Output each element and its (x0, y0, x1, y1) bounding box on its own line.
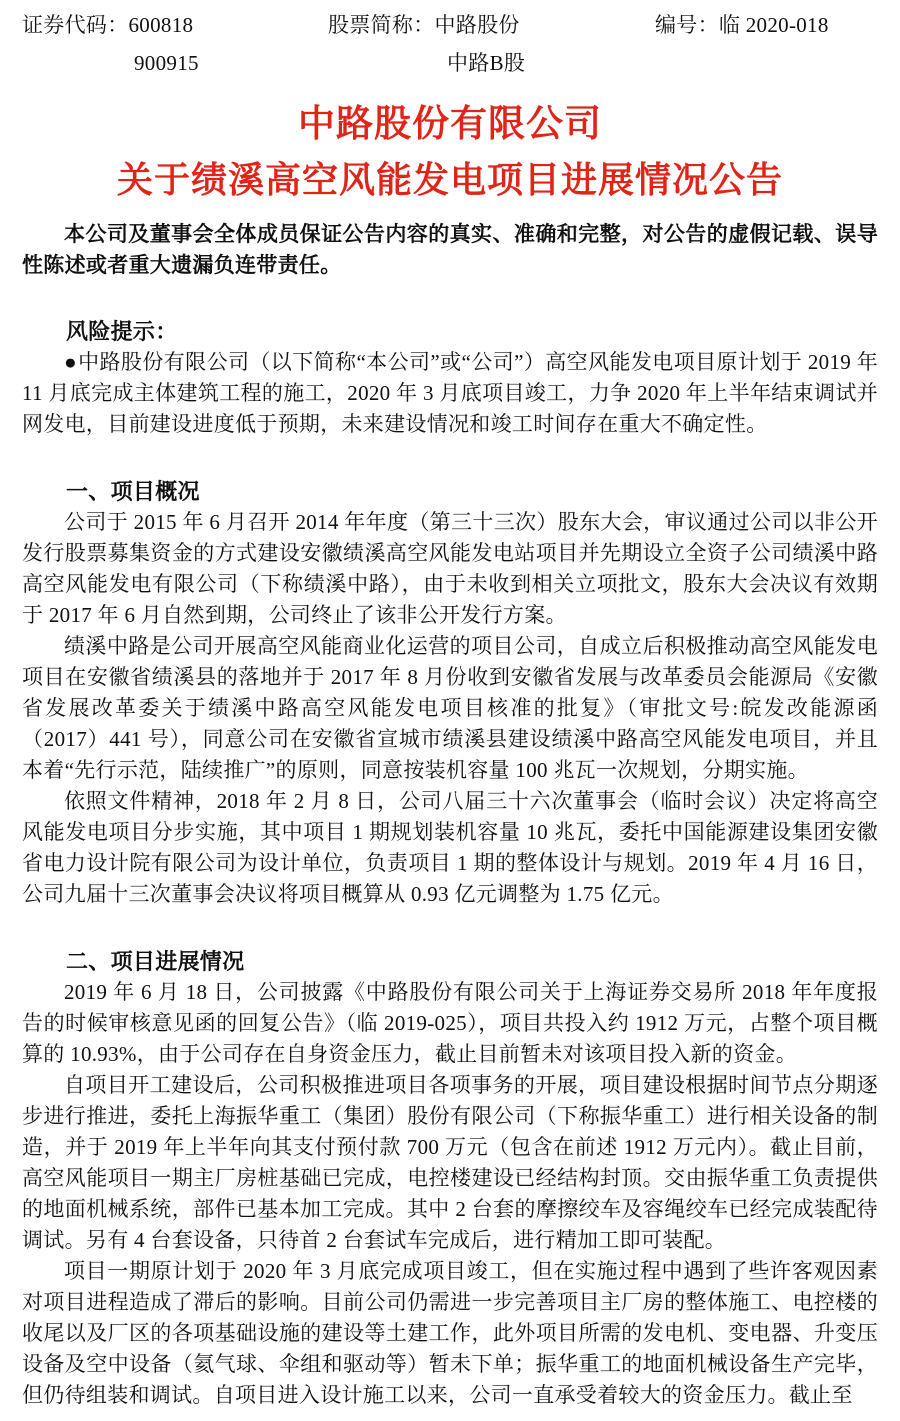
doc-number-label: 编号： (655, 13, 719, 37)
section-1-paragraph-1: 公司于 2015 年 6 月召开 2014 年年度（第三十三次）股东大会，审议通… (22, 507, 878, 631)
stock-code-a-share: 600818 (129, 13, 194, 37)
risk-notice-heading: 风险提示： (22, 316, 878, 347)
section-1-paragraph-3: 依照文件精神，2018 年 2 月 8 日，公司八届三十六次董事会（临时会议）决… (22, 786, 878, 910)
section-1-heading: 一、项目概况 (22, 476, 878, 507)
section-2-heading: 二、项目进展情况 (22, 946, 878, 977)
stock-code-b-share: 900915 (134, 48, 199, 78)
stock-name-a-share: 中路股份 (435, 13, 520, 37)
doc-number-line: 编号：临 2020-018 (655, 10, 829, 40)
document-header: 证券代码：600818 股票简称：中路股份 编号：临 2020-018 9009… (22, 10, 878, 84)
company-title: 中路股份有限公司 (22, 98, 878, 150)
announcement-title: 关于绩溪高空风能发电项目进展情况公告 (22, 154, 878, 206)
stock-name-b-share: 中路B股 (447, 48, 525, 78)
doc-number-value: 临 2020-018 (719, 13, 829, 37)
stock-name-line-1: 股票简称：中路股份 (328, 10, 520, 40)
board-declaration-paragraph: 本公司及董事会全体成员保证公告内容的真实、准确和完整，对公告的虚假记载、误导性陈… (22, 219, 878, 281)
risk-notice-text: 中路股份有限公司（以下简称“本公司”或“公司”）高空风能发电项目原计划于 201… (22, 350, 878, 436)
section-1-paragraph-2: 绩溪中路是公司开展高空风能商业化运营的项目公司，自成立后积极推动高空风能发电项目… (22, 631, 878, 786)
section-2-paragraph-2: 自项目开工建设后，公司积极推进项目各项事务的开展，项目建设根据时间节点分期逐步进… (22, 1070, 878, 1256)
section-2-paragraph-3: 项目一期原计划于 2020 年 3 月底完成项目竣工，但在实施过程中遇到了些许客… (22, 1256, 878, 1411)
risk-notice-paragraph: ●中路股份有限公司（以下简称“本公司”或“公司”）高空风能发电项目原计划于 20… (22, 347, 878, 440)
stock-code-label: 证券代码： (22, 13, 129, 37)
stock-name-label: 股票简称： (328, 13, 435, 37)
announcement-document: 证券代码：600818 股票简称：中路股份 编号：临 2020-018 9009… (22, 10, 878, 1411)
stock-code-line-1: 证券代码：600818 (22, 10, 193, 40)
bullet-icon: ● (64, 350, 77, 374)
section-2-paragraph-1: 2019 年 6 月 18 日，公司披露《中路股份有限公司关于上海证券交易所 2… (22, 977, 878, 1070)
